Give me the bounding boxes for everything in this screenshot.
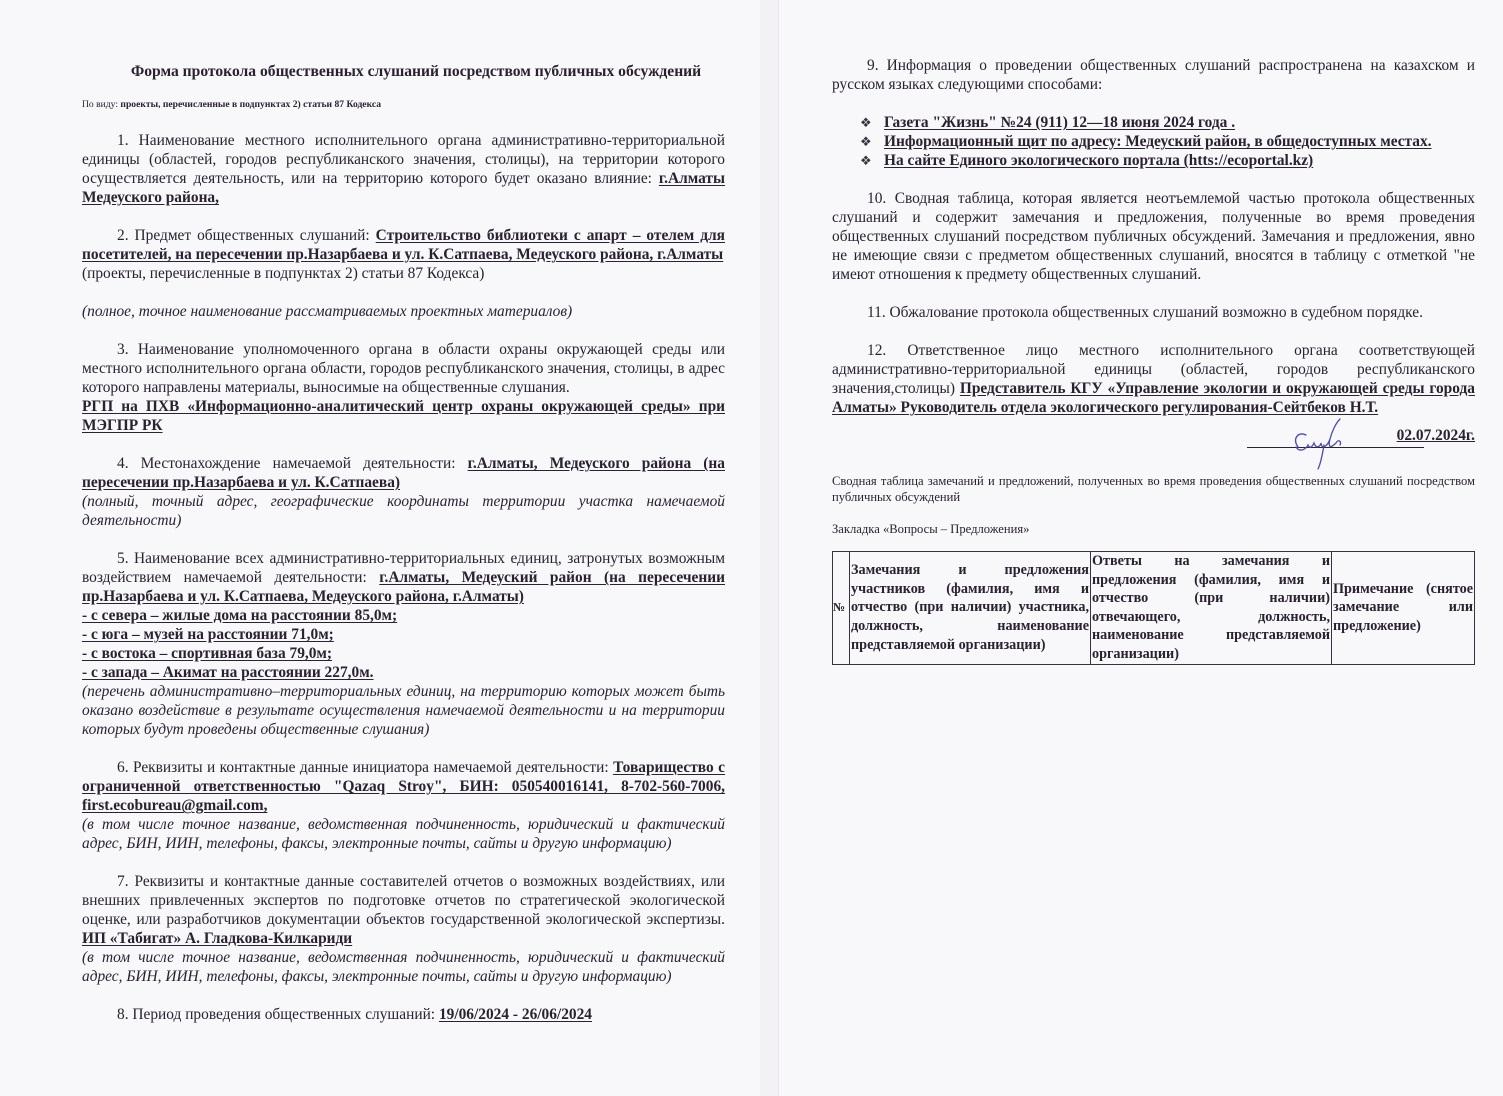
section-4: 4. Местонахождение намечаемой деятельнос… [82,454,725,492]
section-3-value: РГП на ПХВ «Информационно-аналитический … [82,397,725,435]
section-2: 2. Предмет общественных слушаний: Строит… [82,226,725,264]
section-10: 10. Сводная таблица, которая является не… [832,189,1475,284]
direction-north: - с севера – жилые дома на расстоянии 85… [82,606,725,625]
section-9: 9. Информация о проведении общественных … [832,56,1475,94]
direction-south: - с юга – музей на расстоянии 71,0м; [82,625,725,644]
section-7-value: ИП «Табигат» А. Гладкова-Килкариди [82,930,352,947]
subheader-label: По виду: [82,99,118,110]
diamond-bullet-icon: ❖ [860,151,872,170]
section-6: 6. Реквизиты и контактные данные инициат… [82,758,725,815]
section-7: 7. Реквизиты и контактные данные состави… [82,872,725,948]
document-subheader: По виду: проекты, перечисленные в подпун… [82,99,725,111]
distribution-item: ❖Информационный щит по адресу: Медеуский… [860,132,1475,151]
distribution-item: ❖Газета "Жизнь" №24 (911) 12—18 июня 202… [860,113,1475,132]
section-8-value: 19/06/2024 - 26/06/2024 [439,1006,592,1023]
comments-table: № Замечания и предложения участников (фа… [832,551,1475,665]
header-number: № [833,552,850,665]
section-5: 5. Наименование всех административно-тер… [82,549,725,606]
direction-east: - с востока – спортивная база 79,0м; [82,644,725,663]
section-2-hint: (полное, точное наименование рассматрива… [82,302,725,321]
diamond-bullet-icon: ❖ [860,113,872,132]
page-gutter [760,0,778,1096]
direction-west: - с запада – Акимат на расстоянии 227,0м… [82,663,725,682]
header-comments: Замечания и предложения участников (фами… [850,552,1091,665]
summary-tab-label: Закладка «Вопросы – Предложения» [832,521,1475,537]
section-7-hint: (в том числе точное название, ведомствен… [82,948,725,986]
document-title: Форма протокола общественных слушаний по… [107,62,725,81]
section-1: 1. Наименование местного исполнительного… [82,131,725,207]
distribution-item: ❖На сайте Единого экологического портала… [860,151,1475,170]
handwritten-signature-icon [1284,417,1354,471]
table-header-row: № Замечания и предложения участников (фа… [833,552,1475,665]
section-6-hint: (в том числе точное название, ведомствен… [82,815,725,853]
right-column: 9. Информация о проведении общественных … [832,56,1475,665]
section-5-hint: (перечень административно–территориальны… [82,682,725,739]
summary-caption: Сводная таблица замечаний и предложений,… [832,473,1475,505]
signature-date: 02.07.2024г. [1397,427,1475,445]
section-2-note: (проекты, перечисленные в подпунктах 2) … [82,264,725,283]
header-answers: Ответы на замечания и предложения (фамил… [1091,552,1332,665]
diamond-bullet-icon: ❖ [860,132,872,151]
section-4-hint: (полный, точный адрес, географические ко… [82,492,725,530]
section-3: 3. Наименование уполномоченного органа в… [82,340,725,397]
distribution-list: ❖Газета "Жизнь" №24 (911) 12—18 июня 202… [832,113,1475,170]
left-column: Форма протокола общественных слушаний по… [82,62,725,1024]
signature-row: 02.07.2024г. [832,423,1475,463]
section-8: 8. Период проведения общественных слушан… [82,1005,725,1024]
header-note: Примечание (снятое замечание или предлож… [1332,552,1475,665]
section-12: 12. Ответственное лицо местного исполнит… [832,341,1475,417]
subheader-value: проекты, перечисленные в подпунктах 2) с… [120,99,381,110]
section-11: 11. Обжалование протокола общественных с… [832,303,1475,322]
